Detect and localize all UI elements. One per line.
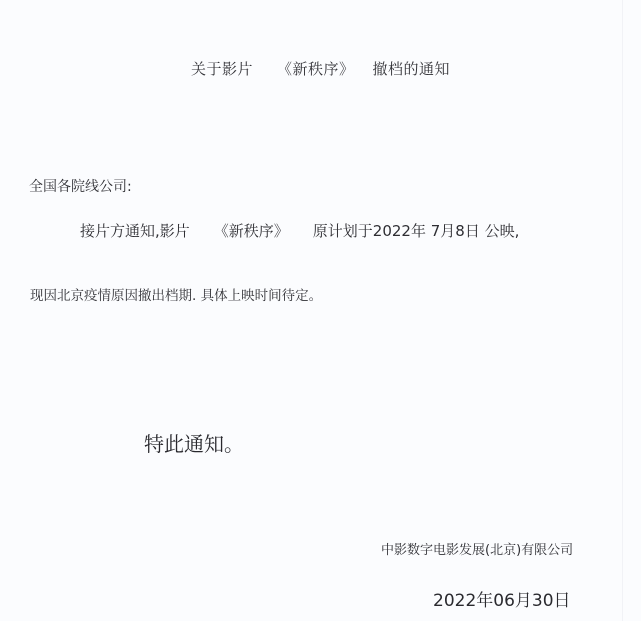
issue-date: 2022年06月30日	[433, 586, 571, 611]
body-line1-part1: 接片方通知,影片	[80, 220, 190, 241]
title-prefix: 关于影片	[191, 58, 253, 79]
body-paragraph-line-1: 接片方通知,影片《新秩序》原计划于2022年 7月8日 公映,	[80, 220, 519, 241]
notice-document: 关于影片《新秩序》撤档的通知 全国各院线公司: 接片方通知,影片《新秩序》原计划…	[0, 0, 641, 621]
body-line1-film-name: 《新秩序》	[214, 220, 289, 241]
title-suffix: 撤档的通知	[373, 58, 451, 79]
title-film-name: 《新秩序》	[277, 58, 355, 79]
closing-statement: 特此通知。	[144, 428, 244, 457]
salutation: 全国各院线公司:	[29, 176, 132, 196]
page-edge-divider	[622, 0, 623, 621]
body-line1-part2: 原计划于2022年 7月8日 公映,	[313, 220, 520, 241]
body-paragraph-line-2: 现因北京疫情原因撤出档期. 具体上映时间待定。	[30, 284, 322, 304]
issuer-signature: 中影数字电影发展(北京)有限公司	[381, 539, 573, 558]
document-title: 关于影片《新秩序》撤档的通知	[0, 58, 641, 79]
